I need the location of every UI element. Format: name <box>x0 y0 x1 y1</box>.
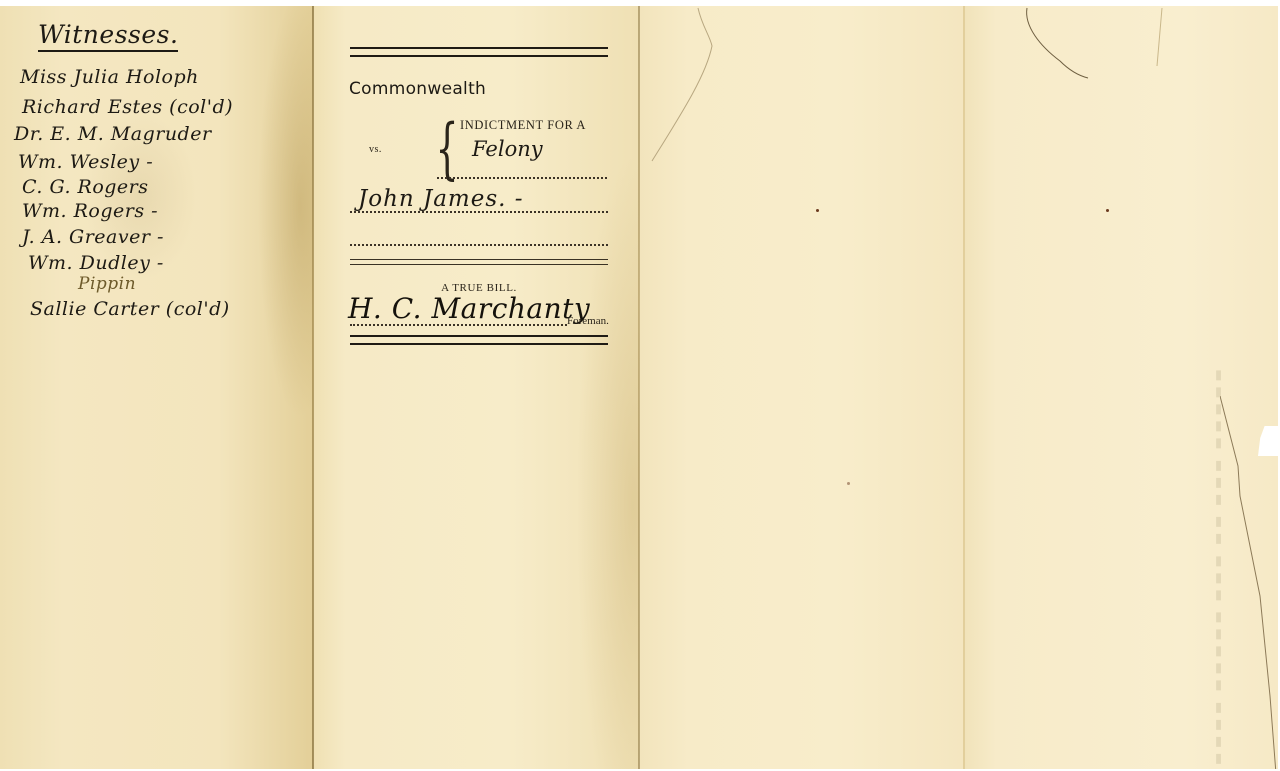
signature-line <box>350 324 567 326</box>
brace-icon: { <box>435 119 458 179</box>
panel-blank-3 <box>639 6 965 769</box>
header-rule <box>350 47 608 57</box>
plaintiff: Commonwealth <box>349 79 486 99</box>
witness-name: C. G. Rogers <box>22 176 149 198</box>
blank-line <box>350 244 608 246</box>
witness-name: J. A. Greaver - <box>22 226 164 248</box>
foreman-label: Foreman. <box>567 315 609 327</box>
versus-label: vs. <box>369 144 382 155</box>
document-sheet: Witnesses. Miss Julia Holoph Richard Est… <box>0 6 1278 769</box>
ink-spot <box>816 209 819 212</box>
witness-name: Wm. Dudley - <box>28 252 164 274</box>
panel-witnesses: Witnesses. Miss Julia Holoph Richard Est… <box>0 6 313 769</box>
section-rule <box>350 259 608 265</box>
witness-name: Wm. Wesley - <box>18 151 153 173</box>
defendant-field: John James. - <box>358 186 524 212</box>
witness-insertion: Pippin <box>78 274 136 294</box>
witnesses-title: Witnesses. <box>38 20 178 52</box>
witness-name: Richard Estes (col'd) <box>22 96 233 118</box>
footer-rule <box>350 335 608 345</box>
show-through-text: ▮▮▮▮ ▮▮▮▮▮ ▮▮▮ ▮▮ ▮▮▮ ▮▮▮▮▮ <box>1210 366 1226 766</box>
foreman-signature: H. C. Marchanty <box>348 292 590 325</box>
witness-name: Wm. Rogers - <box>22 200 158 222</box>
indictment-heading: INDICTMENT FOR A <box>460 118 586 133</box>
panel-blank-4 <box>965 6 1278 769</box>
fold-line <box>312 6 314 769</box>
ink-spot <box>847 482 850 485</box>
witness-name: Dr. E. M. Magruder <box>14 123 212 145</box>
witness-name: Sallie Carter (col'd) <box>30 298 230 320</box>
fold-line <box>963 6 965 769</box>
witness-name: Miss Julia Holoph <box>20 66 199 88</box>
fold-line <box>638 6 640 769</box>
defendant-line <box>350 211 608 213</box>
offense-field: Felony <box>472 137 543 161</box>
offense-line <box>437 177 607 179</box>
ink-spot <box>1106 209 1109 212</box>
